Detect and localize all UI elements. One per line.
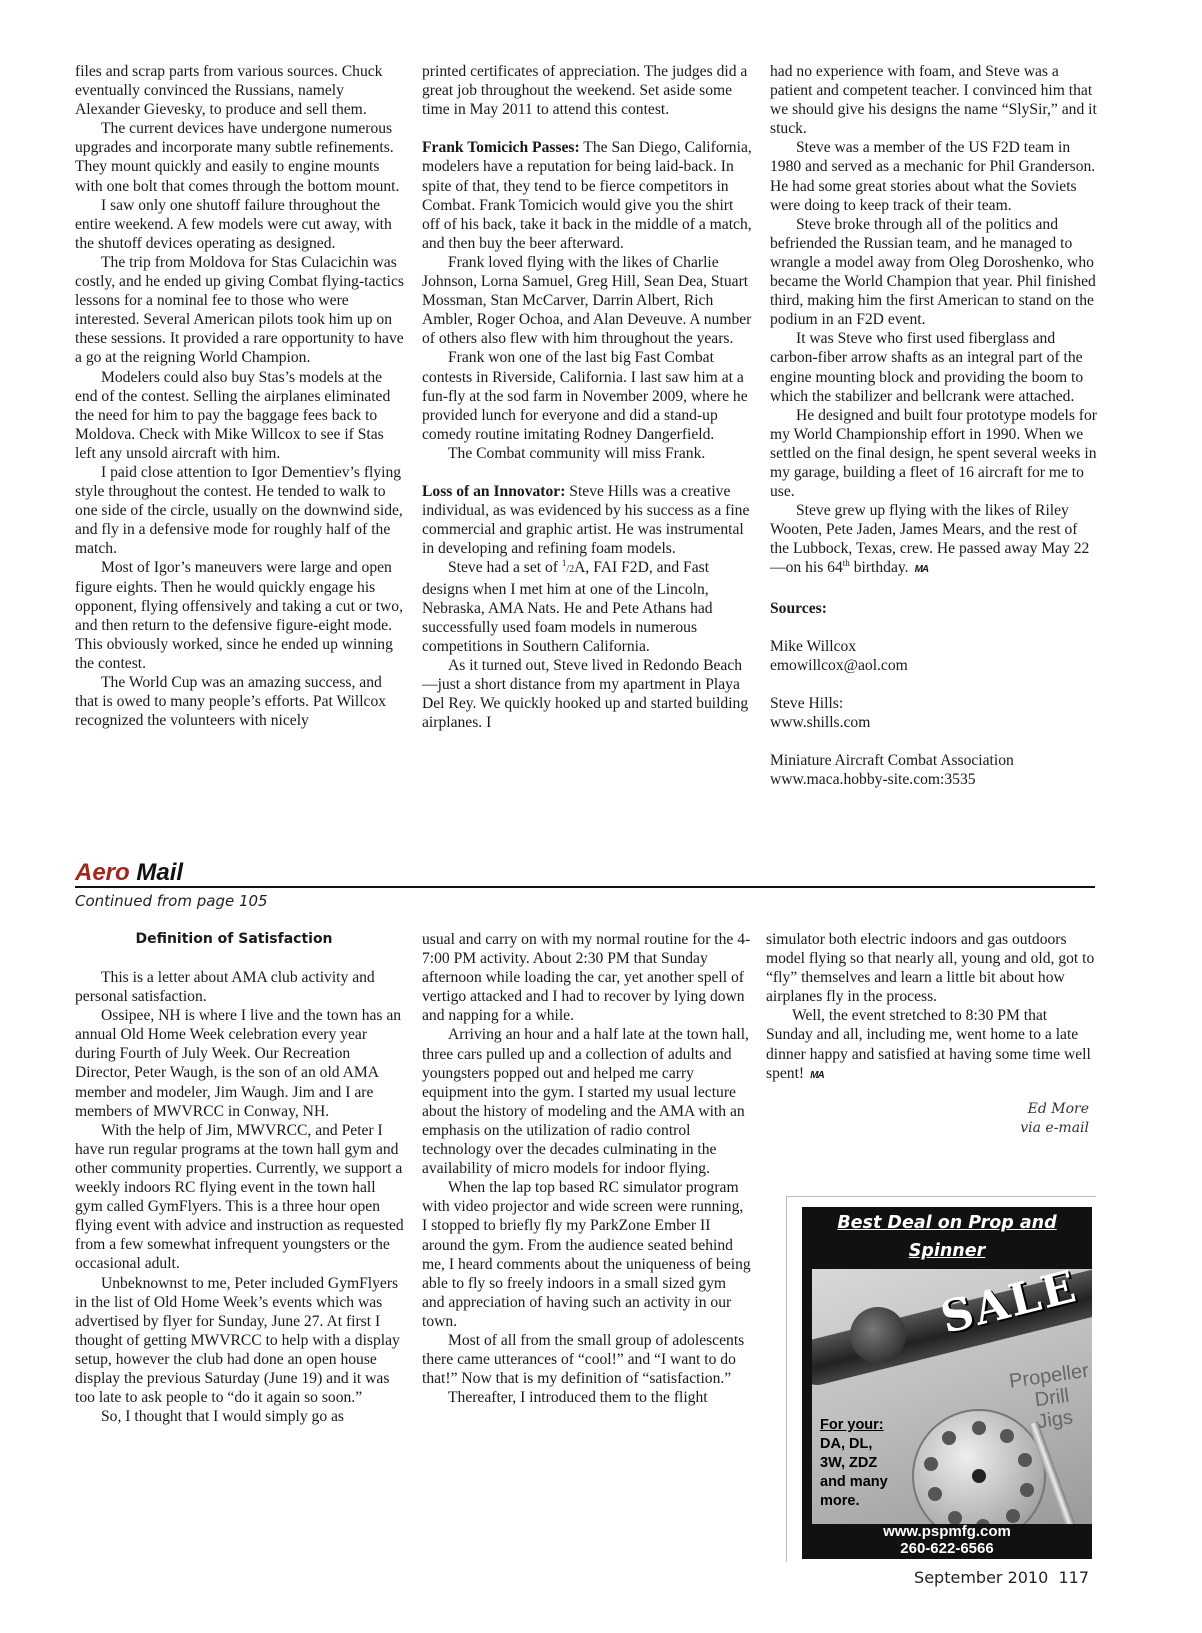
source-name: Miniature Aircraft Combat Association: [770, 751, 1100, 770]
source-website-link[interactable]: www.shills.com: [770, 713, 1100, 732]
end-mark-icon: MA: [915, 564, 929, 575]
paragraph: simulator both electric indoors and gas …: [766, 930, 1096, 1006]
paragraph: Arriving an hour and a half late at the …: [422, 1025, 752, 1178]
paragraph: This is a letter about AMA club activity…: [75, 968, 405, 1006]
ad-product-photo: SALE Propeller Drill Jigs For your: DA, …: [812, 1269, 1092, 1524]
paragraph: When the lap top based RC simulator prog…: [422, 1178, 752, 1331]
ad-frame-left: [786, 1196, 787, 1562]
paragraph: Well, the event stretched to 8:30 PM tha…: [766, 1006, 1096, 1084]
spinner-hub-image: [850, 1307, 906, 1363]
ad-website-link[interactable]: www.pspmfg.com: [802, 1523, 1092, 1540]
paragraph: printed certificates of appreciation. Th…: [422, 62, 752, 119]
paragraph: The trip from Moldova for Stas Culacichi…: [75, 253, 405, 368]
continued-note: Continued from page 105: [75, 892, 268, 910]
paragraph: I saw only one shutoff failure throughou…: [75, 196, 405, 253]
ad-phone: 260-622-6566: [802, 1540, 1092, 1557]
paragraph: Steve had a set of 1/2A, FAI F2D, and Fa…: [422, 558, 752, 655]
letter-column-1: This is a letter about AMA club activity…: [75, 968, 405, 1426]
page-folio: September 2010 117: [914, 1568, 1089, 1587]
end-mark-icon: MA: [810, 1070, 824, 1081]
letter-column-3: simulator both electric indoors and gas …: [766, 930, 1096, 1085]
ad-contact: www.pspmfg.com 260-622-6566: [802, 1523, 1092, 1557]
article-column-3: had no experience with foam, and Steve w…: [770, 62, 1100, 790]
source-name: Steve Hills:: [770, 694, 1100, 713]
paragraph: It was Steve who first used fiberglass a…: [770, 329, 1100, 405]
article-column-1: files and scrap parts from various sourc…: [75, 62, 405, 730]
header-rule: [75, 886, 1095, 888]
paragraph: He designed and built four prototype mod…: [770, 406, 1100, 501]
aeromail-header: Aero Mail Continued from page 105: [75, 860, 1095, 886]
paragraph: Ossipee, NH is where I live and the town…: [75, 1006, 405, 1121]
paragraph: Unbeknownst to me, Peter included GymFly…: [75, 1274, 405, 1408]
article-column-2: printed certificates of appreciation. Th…: [422, 62, 752, 732]
paragraph: Most of all from the small group of adol…: [422, 1331, 752, 1388]
source-email-link[interactable]: emowillcox@aol.com: [770, 656, 1100, 675]
paragraph: Steve was a member of the US F2D team in…: [770, 138, 1100, 214]
letter-signature: Ed More via e-mail: [1020, 1100, 1089, 1138]
paragraph: usual and carry on with my normal routin…: [422, 930, 752, 1025]
section-title: Aero Mail: [75, 860, 1095, 886]
paragraph: files and scrap parts from various sourc…: [75, 62, 405, 119]
paragraph: Steve broke through all of the politics …: [770, 215, 1100, 330]
paragraph: Frank won one of the last big Fast Comba…: [422, 348, 752, 443]
compatibility-list: For your: DA, DL, 3W, ZDZ and many more.: [820, 1416, 888, 1511]
sources-heading: Sources:: [770, 599, 1100, 618]
paragraph: Frank Tomicich Passes: The San Diego, Ca…: [422, 138, 752, 253]
signature-via: via e-mail: [1020, 1119, 1089, 1138]
source-website-link[interactable]: www.maca.hobby-site.com:3535: [770, 770, 1100, 789]
letter-column-2: usual and carry on with my normal routin…: [422, 930, 752, 1407]
paragraph: Thereafter, I introduced them to the fli…: [422, 1388, 752, 1407]
section-heading-innovator: Loss of an Innovator:: [422, 483, 565, 500]
paragraph: With the help of Jim, MWVRCC, and Peter …: [75, 1121, 405, 1274]
paragraph: had no experience with foam, and Steve w…: [770, 62, 1100, 138]
paragraph: Modelers could also buy Stas’s models at…: [75, 368, 405, 463]
paragraph: Steve grew up flying with the likes of R…: [770, 501, 1100, 579]
section-heading-frank: Frank Tomicich Passes:: [422, 139, 580, 156]
paragraph: Frank loved flying with the likes of Cha…: [422, 253, 752, 348]
paragraph: I paid close attention to Igor Dementiev…: [75, 463, 405, 558]
paragraph: As it turned out, Steve lived in Redondo…: [422, 656, 752, 732]
paragraph: Most of Igor’s maneuvers were large and …: [75, 558, 405, 673]
paragraph: The Combat community will miss Frank.: [422, 444, 752, 463]
paragraph: The current devices have undergone numer…: [75, 119, 405, 195]
paragraph: So, I thought that I would simply go as: [75, 1407, 405, 1426]
psp-advertisement[interactable]: Best Deal on Prop and Spinner Back Plate…: [802, 1207, 1092, 1559]
paragraph: The World Cup was an amazing success, an…: [75, 673, 405, 730]
signature-name: Ed More: [1020, 1100, 1089, 1119]
paragraph: Loss of an Innovator: Steve Hills was a …: [422, 482, 752, 558]
source-name: Mike Willcox: [770, 637, 1100, 656]
letter-title: Definition of Satisfaction: [75, 931, 393, 947]
ad-frame-top: [786, 1196, 1096, 1197]
